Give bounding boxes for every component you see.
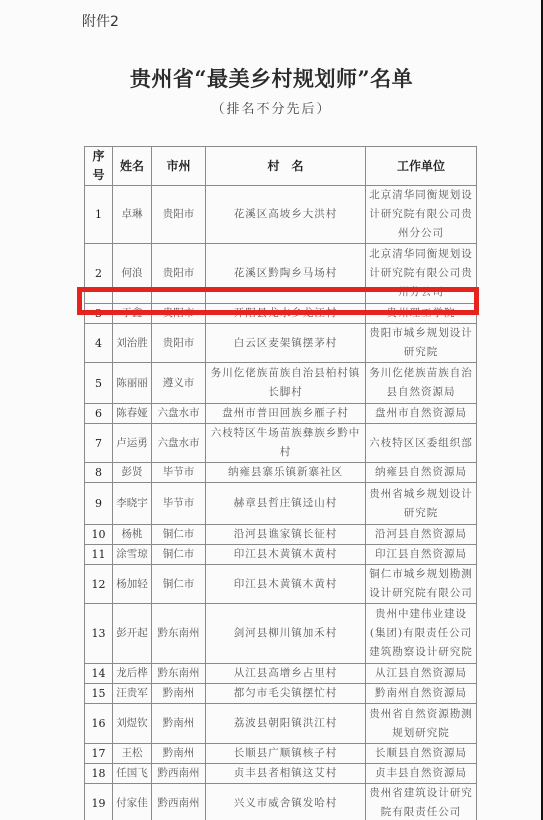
table-row: 12杨加轻铜仁市印江县木黄镇木黄村铜仁市城乡规划勘测设计研究院有限公司 xyxy=(85,565,477,604)
row-unit: 长顺县自然资源局 xyxy=(366,744,477,764)
row-unit: 印江县自然资源局 xyxy=(366,545,477,565)
row-index: 14 xyxy=(85,664,113,684)
row-city: 六盘水市 xyxy=(152,424,206,463)
planner-roster-table: 序号 姓名 市州 村 名 工作单位 1卓琳贵阳市花溪区高坡乡大洪村北京清华同衡规… xyxy=(84,146,477,820)
row-unit: 贵州中建伟业建设(集团)有限责任公司建筑勘察设计研究院 xyxy=(366,604,477,664)
row-name: 卢运勇 xyxy=(113,424,152,463)
row-index: 7 xyxy=(85,424,113,463)
row-city: 毕节市 xyxy=(152,483,206,525)
row-unit: 纳雍县自然资源局 xyxy=(366,463,477,483)
row-city: 贵阳市 xyxy=(152,304,206,324)
row-city: 黔东南州 xyxy=(152,604,206,664)
row-index: 3 xyxy=(85,304,113,324)
row-village: 从江县高增乡占里村 xyxy=(206,664,366,684)
row-name: 刘煜钦 xyxy=(113,704,152,744)
row-name: 陈春娅 xyxy=(113,404,152,424)
row-city: 黔西南州 xyxy=(152,784,206,820)
row-city: 黔南州 xyxy=(152,684,206,704)
row-name: 龙后桦 xyxy=(113,664,152,684)
row-name: 杨加轻 xyxy=(113,565,152,604)
row-city: 六盘水市 xyxy=(152,404,206,424)
row-city: 毕节市 xyxy=(152,463,206,483)
table-row: 3于鑫贵阳市开阳县龙水乡龙江村贵州理工学院 xyxy=(85,304,477,324)
row-city: 黔西南州 xyxy=(152,764,206,784)
row-village: 赫章县哲庄镇迳山村 xyxy=(206,483,366,525)
row-index: 13 xyxy=(85,604,113,664)
table-row: 4刘治胜贵阳市白云区麦架镇摆茅村贵阳市城乡规划设计研究院 xyxy=(85,324,477,363)
row-village: 盘州市普田回族乡雁子村 xyxy=(206,404,366,424)
row-index: 8 xyxy=(85,463,113,483)
row-village: 花溪区黔陶乡马场村 xyxy=(206,244,366,304)
row-unit: 贵州省自然资源勘测规划研究院 xyxy=(366,704,477,744)
row-village: 兴义市威舍镇发哈村 xyxy=(206,784,366,820)
row-index: 4 xyxy=(85,324,113,363)
row-unit: 务川仡佬族苗族自治县自然资源局 xyxy=(366,363,477,404)
row-index: 6 xyxy=(85,404,113,424)
header-unit: 工作单位 xyxy=(366,147,477,186)
row-unit: 贞丰县自然资源局 xyxy=(366,764,477,784)
row-index: 2 xyxy=(85,244,113,304)
table-row: 17王松黔南州长顺县广顺镇核子村长顺县自然资源局 xyxy=(85,744,477,764)
table-row: 9李晓宇毕节市赫章县哲庄镇迳山村贵州省城乡规划设计研究院 xyxy=(85,483,477,525)
row-city: 铜仁市 xyxy=(152,525,206,545)
header-index: 序号 xyxy=(85,147,113,186)
row-city: 黔南州 xyxy=(152,744,206,764)
row-name: 陈丽丽 xyxy=(113,363,152,404)
row-unit: 贵州省城乡规划设计研究院 xyxy=(366,483,477,525)
row-index: 15 xyxy=(85,684,113,704)
row-index: 17 xyxy=(85,744,113,764)
table-row: 18任国飞黔西南州贞丰县者相镇这艾村贞丰县自然资源局 xyxy=(85,764,477,784)
table-row: 19付家佳黔西南州兴义市威舍镇发哈村贵州省建筑设计研究院有限责任公司 xyxy=(85,784,477,820)
row-index: 1 xyxy=(85,186,113,244)
row-name: 于鑫 xyxy=(113,304,152,324)
table-row: 6陈春娅六盘水市盘州市普田回族乡雁子村盘州市自然资源局 xyxy=(85,404,477,424)
row-name: 何浪 xyxy=(113,244,152,304)
row-village: 白云区麦架镇摆茅村 xyxy=(206,324,366,363)
row-name: 涂雪琼 xyxy=(113,545,152,565)
row-city: 遵义市 xyxy=(152,363,206,404)
row-name: 刘治胜 xyxy=(113,324,152,363)
table-row: 10杨桃铜仁市沿河县谯家镇长征村沿河县自然资源局 xyxy=(85,525,477,545)
row-name: 卓琳 xyxy=(113,186,152,244)
row-name: 汪贵军 xyxy=(113,684,152,704)
row-index: 16 xyxy=(85,704,113,744)
row-city: 黔东南州 xyxy=(152,664,206,684)
row-name: 付家佳 xyxy=(113,784,152,820)
table-header-row: 序号 姓名 市州 村 名 工作单位 xyxy=(85,147,477,186)
row-unit: 北京清华同衡规划设计研究院有限公司贵州分公司 xyxy=(366,244,477,304)
document-subtitle: （排名不分先后） xyxy=(0,98,543,117)
table-body: 1卓琳贵阳市花溪区高坡乡大洪村北京清华同衡规划设计研究院有限公司贵州分公司2何浪… xyxy=(85,186,477,820)
row-village: 务川仡佬族苗族自治县柏村镇长脚村 xyxy=(206,363,366,404)
row-city: 铜仁市 xyxy=(152,565,206,604)
row-unit: 贵州省建筑设计研究院有限责任公司 xyxy=(366,784,477,820)
row-unit: 沿河县自然资源局 xyxy=(366,525,477,545)
attachment-label: 附件2 xyxy=(82,11,119,31)
row-unit: 铜仁市城乡规划勘测设计研究院有限公司 xyxy=(366,565,477,604)
table-row: 2何浪贵阳市花溪区黔陶乡马场村北京清华同衡规划设计研究院有限公司贵州分公司 xyxy=(85,244,477,304)
row-unit: 从江县自然资源局 xyxy=(366,664,477,684)
row-city: 黔南州 xyxy=(152,704,206,744)
row-village: 印江县木黄镇木黄村 xyxy=(206,565,366,604)
row-village: 纳雍县寨乐镇新寨社区 xyxy=(206,463,366,483)
table-row: 1卓琳贵阳市花溪区高坡乡大洪村北京清华同衡规划设计研究院有限公司贵州分公司 xyxy=(85,186,477,244)
table-row: 5陈丽丽遵义市务川仡佬族苗族自治县柏村镇长脚村务川仡佬族苗族自治县自然资源局 xyxy=(85,363,477,404)
document-title: 贵州省“最美乡村规划师”名单 xyxy=(0,63,543,93)
table-row: 11涂雪琼铜仁市印江县木黄镇木黄村印江县自然资源局 xyxy=(85,545,477,565)
row-village: 花溪区高坡乡大洪村 xyxy=(206,186,366,244)
row-unit: 黔南州自然资源局 xyxy=(366,684,477,704)
row-index: 18 xyxy=(85,764,113,784)
header-village: 村 名 xyxy=(206,147,366,186)
row-index: 5 xyxy=(85,363,113,404)
row-unit: 贵阳市城乡规划设计研究院 xyxy=(366,324,477,363)
row-city: 贵阳市 xyxy=(152,324,206,363)
row-name: 王松 xyxy=(113,744,152,764)
row-city: 贵阳市 xyxy=(152,186,206,244)
row-village: 开阳县龙水乡龙江村 xyxy=(206,304,366,324)
row-village: 贞丰县者相镇这艾村 xyxy=(206,764,366,784)
row-village: 都匀市毛尖镇摆忙村 xyxy=(206,684,366,704)
table-row: 13彭开起黔东南州剑河县柳川镇加禾村贵州中建伟业建设(集团)有限责任公司建筑勘察… xyxy=(85,604,477,664)
table-row: 7卢运勇六盘水市六枝特区牛场苗族彝族乡黔中村六枝特区区委组织部 xyxy=(85,424,477,463)
row-unit: 北京清华同衡规划设计研究院有限公司贵州分公司 xyxy=(366,186,477,244)
row-village: 荔波县朝阳镇洪江村 xyxy=(206,704,366,744)
row-index: 11 xyxy=(85,545,113,565)
row-name: 李晓宇 xyxy=(113,483,152,525)
row-unit: 贵州理工学院 xyxy=(366,304,477,324)
row-name: 杨桃 xyxy=(113,525,152,545)
row-village: 沿河县谯家镇长征村 xyxy=(206,525,366,545)
row-index: 9 xyxy=(85,483,113,525)
row-index: 12 xyxy=(85,565,113,604)
row-name: 彭贤 xyxy=(113,463,152,483)
header-city: 市州 xyxy=(152,147,206,186)
row-village: 印江县木黄镇木黄村 xyxy=(206,545,366,565)
row-city: 贵阳市 xyxy=(152,244,206,304)
row-index: 19 xyxy=(85,784,113,820)
row-city: 铜仁市 xyxy=(152,545,206,565)
table-row: 15汪贵军黔南州都匀市毛尖镇摆忙村黔南州自然资源局 xyxy=(85,684,477,704)
row-index: 10 xyxy=(85,525,113,545)
row-unit: 盘州市自然资源局 xyxy=(366,404,477,424)
row-village: 长顺县广顺镇核子村 xyxy=(206,744,366,764)
table-row: 8彭贤毕节市纳雍县寨乐镇新寨社区纳雍县自然资源局 xyxy=(85,463,477,483)
table-row: 16刘煜钦黔南州荔波县朝阳镇洪江村贵州省自然资源勘测规划研究院 xyxy=(85,704,477,744)
table-row: 14龙后桦黔东南州从江县高增乡占里村从江县自然资源局 xyxy=(85,664,477,684)
header-name: 姓名 xyxy=(113,147,152,186)
row-name: 彭开起 xyxy=(113,604,152,664)
row-name: 任国飞 xyxy=(113,764,152,784)
row-village: 六枝特区牛场苗族彝族乡黔中村 xyxy=(206,424,366,463)
row-village: 剑河县柳川镇加禾村 xyxy=(206,604,366,664)
row-unit: 六枝特区区委组织部 xyxy=(366,424,477,463)
